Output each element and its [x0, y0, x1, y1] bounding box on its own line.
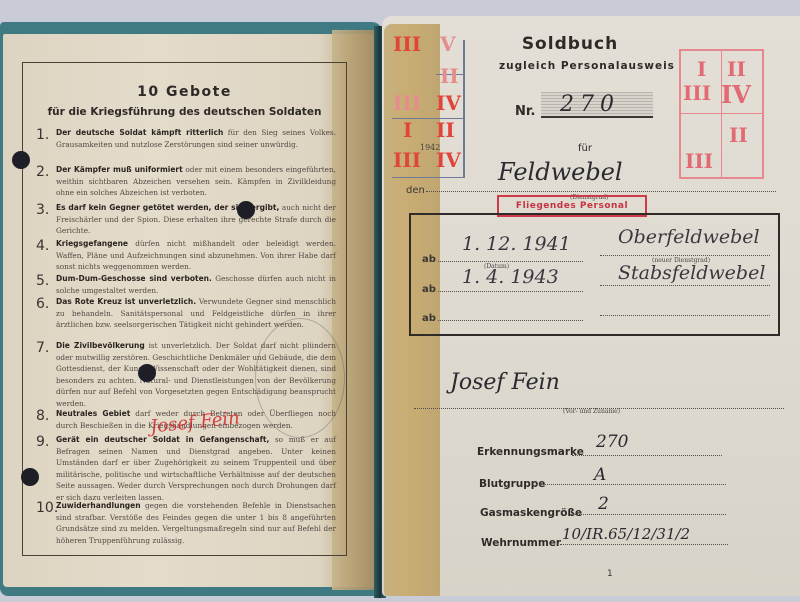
promotion-label: ab: [422, 254, 436, 265]
commandment-4: 4. Kriegsgefangene dürfen nicht mißhande…: [36, 238, 336, 273]
stamp-mark: IV: [436, 150, 461, 170]
stamp-grid-line: [392, 177, 464, 178]
commandment-10: 10. Zuwiderhandlungen gegen die vorstehe…: [36, 500, 336, 546]
den-label: den: [406, 185, 425, 196]
field-value-erkennungsmarke: 270: [596, 432, 628, 452]
page-subtitle: zugleich Personalausweis: [482, 60, 692, 72]
commandment-number: 2.: [36, 164, 56, 180]
dotted-line: [600, 255, 770, 256]
dotted-line: [600, 285, 770, 286]
stamp-mark: III: [393, 34, 421, 54]
commandments-title: 10 Gebote: [22, 84, 347, 100]
commandment-2: 2. Der Kämpfer muß uniformiert oder mit …: [36, 164, 336, 199]
stamp-mark: IV: [721, 83, 751, 107]
commandment-heading: Kriegsgefangene: [56, 239, 128, 248]
name-caption: (Vor- und Zuname): [563, 408, 620, 415]
field-value-blutgruppe: A: [594, 465, 606, 485]
stamp-grid-line: [463, 40, 465, 178]
page-title: Soldbuch: [500, 34, 640, 54]
punch-hole: [237, 201, 255, 219]
stamp-mark: III: [393, 93, 421, 113]
stamp-mark: IV: [436, 93, 461, 113]
commandment-3: 3. Es darf kein Gegner getötet werden, d…: [36, 202, 336, 237]
commandment-text: so muß er auf Befragen seinen Namen und …: [56, 435, 336, 502]
stamp-mark: II: [729, 125, 748, 145]
stamp-year: 1942: [420, 143, 440, 152]
dotted-line: [438, 320, 583, 321]
promotion-date: 1. 12. 1941: [462, 233, 571, 255]
commandment-number: 8.: [36, 408, 56, 424]
promotion-rank: Stabsfeldwebel: [618, 262, 765, 284]
stamp-mark: III: [683, 83, 711, 103]
field-label-erkennungsmarke: Erkennungsmarke: [477, 446, 584, 458]
commandment-number: 3.: [36, 202, 56, 218]
dotted-line: [572, 455, 722, 456]
stamp-mark: III: [393, 150, 421, 170]
number-value: 270: [560, 92, 620, 117]
field-label-gasmaskengroesse: Gasmaskengröße: [480, 507, 582, 519]
punch-hole: [21, 468, 39, 486]
promotion-rank: Oberfeldwebel: [618, 226, 760, 248]
soldier-name: Josef Fein: [450, 370, 560, 395]
commandment-number: 1.: [36, 127, 56, 143]
commandment-heading: Die Zivilbevölkerung: [56, 341, 145, 350]
punch-hole: [12, 151, 30, 169]
soldbuch-spread: 10 Gebote für die Kriegsführung des deut…: [0, 0, 800, 602]
stamp-mark: III: [685, 151, 713, 171]
commandments-subtitle: für die Kriegsführung des deutschen Sold…: [22, 106, 347, 118]
dotted-line: [560, 544, 728, 545]
promotion-label: ab: [422, 284, 436, 295]
dotted-line: [438, 261, 583, 262]
commandment-heading: Der Kämpfer muß uniformiert: [56, 165, 183, 174]
commandment-number: 10.: [36, 500, 56, 516]
promotion-label: ab: [422, 313, 436, 324]
dotted-line: [536, 484, 726, 485]
commandment-heading: Der deutsche Soldat kämpft ritterlich: [56, 128, 223, 137]
stamp-mark: II: [440, 66, 459, 86]
field-value-wehrnummer: 10/IR.65/12/31/2: [562, 525, 690, 543]
commandment-heading: Zuwiderhandlungen: [56, 501, 141, 510]
stamp-mark: I: [697, 59, 706, 79]
commandment-5: 5. Dum-Dum-Geschosse sind verboten. Gesc…: [36, 273, 336, 296]
dotted-line: [438, 291, 583, 292]
dotted-line: [426, 191, 776, 192]
commandment-heading: Das Rote Kreuz ist unverletzlich.: [56, 297, 196, 306]
rank-value: Feldwebel: [498, 158, 623, 186]
stamp-mark: I: [403, 120, 412, 140]
stamp-mark: II: [436, 120, 455, 140]
faint-round-stamp: [255, 318, 345, 438]
unit-stamp: I III II IV III II: [679, 49, 764, 179]
number-label: Nr.: [515, 104, 535, 119]
fuer-label: für: [578, 143, 592, 154]
commandment-heading: Neutrales Gebiet: [56, 409, 130, 418]
field-value-gasmaskengroesse: 2: [598, 494, 609, 514]
commandment-number: 4.: [36, 238, 56, 254]
commandment-1: 1. Der deutsche Soldat kämpft ritterlich…: [36, 127, 336, 150]
commandment-number: 6.: [36, 296, 56, 312]
commandment-number: 9.: [36, 434, 56, 450]
punch-hole: [138, 364, 156, 382]
stamp-mark: II: [727, 59, 746, 79]
commandment-number: 7.: [36, 340, 56, 356]
stamp-mark: V: [440, 34, 456, 54]
commandment-9: 9. Gerät ein deutscher Soldat in Gefange…: [36, 434, 336, 504]
field-label-wehrnummer: Wehrnummer: [481, 537, 561, 549]
commandment-heading: Dum-Dum-Geschosse sind verboten.: [56, 274, 212, 283]
commandment-number: 5.: [36, 273, 56, 289]
page-number: 1: [607, 569, 613, 579]
dotted-line: [570, 514, 726, 515]
dotted-line: [600, 315, 770, 316]
promotion-date: 1. 4. 1943: [462, 266, 559, 288]
